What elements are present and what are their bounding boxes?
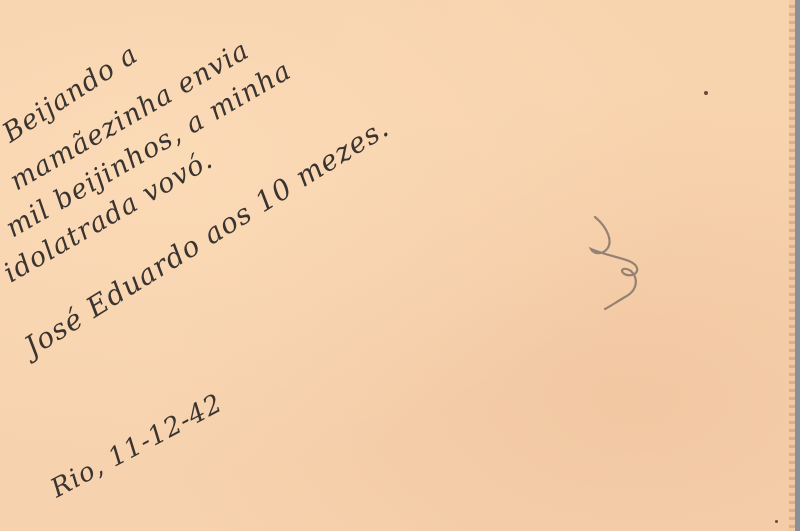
- paper-spot: [704, 91, 708, 95]
- pencil-mark-icon: [585, 215, 655, 310]
- paper-spot: [775, 520, 778, 523]
- place-and-date: Rio, 11-12-42: [46, 388, 228, 504]
- postcard-back: Beijando a mamãezinha envia mil beijinho…: [0, 0, 795, 531]
